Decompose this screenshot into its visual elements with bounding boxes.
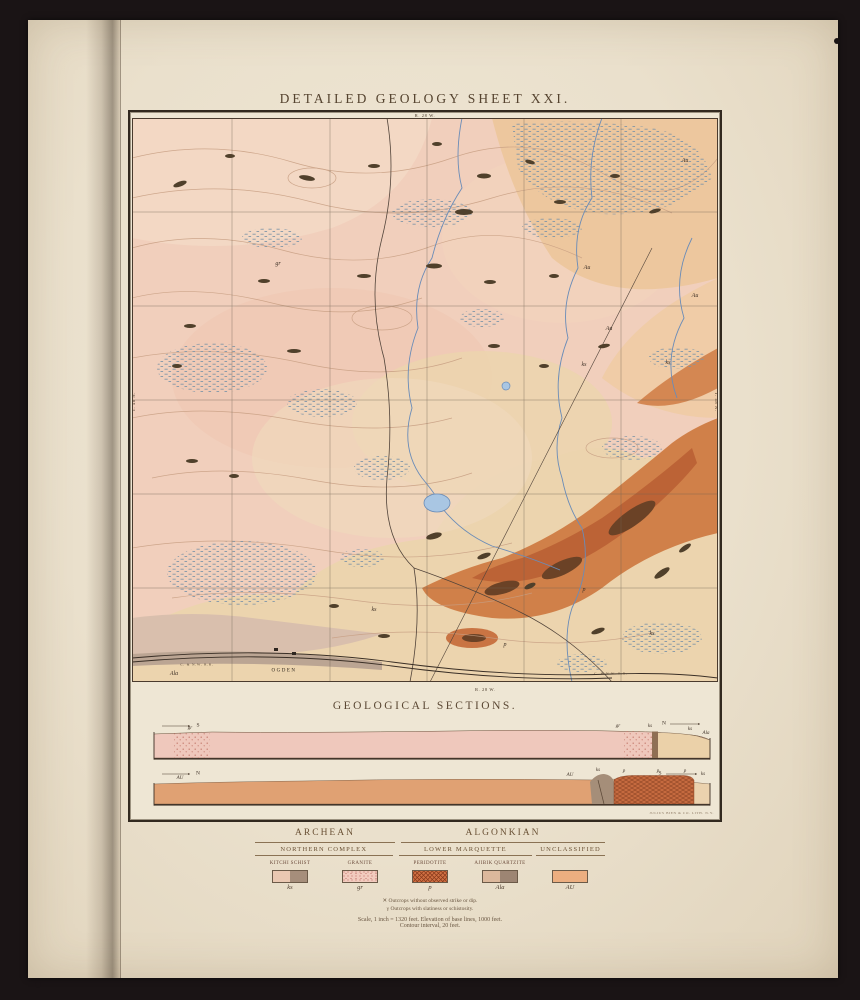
- geological-section-2: N AU AU ks p p p ks S: [152, 768, 712, 812]
- era-label: ARCHEAN: [291, 828, 359, 838]
- map-unit-label: ks: [650, 631, 655, 637]
- lithographer-credit: JULIUS BIEN & CO. LITH. N.Y.: [649, 811, 714, 815]
- unit-code: AU: [535, 884, 605, 891]
- era-archean: ARCHEAN: [255, 822, 395, 843]
- legend-unit-kitchi-schist: KITCHI SCHIST ks: [255, 861, 325, 891]
- railroad-label: C. & N.W. R.R.: [594, 672, 627, 676]
- atlas-page: DETAILED GEOLOGY SHEET XXI.: [28, 20, 838, 978]
- section-direction: S: [658, 771, 661, 777]
- legend-group-row: NORTHERN COMPLEX LOWER MARQUETTE UNCLASS…: [255, 843, 605, 856]
- legend-notes: ✕ Outcrops without observed strike or di…: [255, 897, 605, 929]
- unit-code: gr: [325, 884, 395, 891]
- map-unit-label: Au: [682, 158, 689, 164]
- section-unit-label: ks: [648, 724, 652, 729]
- kitchi-schist-swatch: [272, 870, 308, 883]
- section-unit-label: gr: [188, 726, 192, 731]
- sheet-title: DETAILED GEOLOGY SHEET XXI.: [130, 91, 720, 107]
- page-edge-line: [120, 20, 121, 978]
- peridotite-swatch: [412, 870, 448, 883]
- legend-units-row: KITCHI SCHIST ks GRANITE gr PERIDOTITE p…: [255, 861, 605, 891]
- map-unit-label: Au: [692, 293, 699, 299]
- unit-title: KITCHI SCHIST: [255, 861, 325, 868]
- range-label-bottom: R. 28 W.: [475, 688, 496, 693]
- outcrop-note-1: ✕ Outcrops without observed strike or di…: [255, 897, 605, 905]
- granite-swatch: [342, 870, 378, 883]
- map-unit-label: Au: [606, 326, 613, 332]
- group-northern-complex: NORTHERN COMPLEX: [255, 843, 393, 856]
- group-unclassified: UNCLASSIFIED: [536, 843, 605, 856]
- era-algonkian: ALGONKIAN: [401, 822, 605, 843]
- page-mark-dot: [834, 38, 840, 44]
- unit-title: PERIDOTITE: [395, 861, 465, 868]
- map-legend: ARCHEAN ALGONKIAN NORTHERN COMPLEX LOWER…: [255, 822, 605, 929]
- mine-label-ogden: OGDEN: [272, 669, 297, 674]
- range-label-top: R. 28 W.: [130, 114, 720, 119]
- geologic-map: gr Au Au Au Au ks ks ks ks p p Ala OGDEN…: [132, 118, 718, 682]
- legend-unit-peridotite: PERIDOTITE p: [395, 861, 465, 891]
- section-unit-label: AU: [567, 773, 574, 778]
- legend-unit-unclassified: AU: [535, 861, 605, 891]
- map-unit-label: ks: [666, 360, 671, 366]
- page-mark-dot: [35, 982, 41, 988]
- legend-unit-granite: GRANITE gr: [325, 861, 395, 891]
- legend-era-row: ARCHEAN ALGONKIAN: [255, 822, 605, 843]
- outcrop-note-2: γ Outcrops with slatiness or schistosity…: [255, 905, 605, 913]
- geological-section-1: S gr gr ks ks Ala N: [152, 718, 712, 764]
- map-unit-label: p: [504, 642, 507, 648]
- township-label-right: T. 48 N.: [714, 392, 719, 411]
- township-label-left: T. 48 N.: [132, 392, 137, 411]
- unit-title: AJIBIK QUARTZITE: [465, 861, 535, 868]
- section-1-graphic: [152, 718, 712, 764]
- scanned-atlas-page: { "page": { "title": "DETAILED GEOLOGY S…: [0, 0, 860, 1000]
- map-unit-label: Ala: [170, 671, 178, 677]
- unit-code: Ala: [465, 884, 535, 891]
- section-unit-label: p: [684, 769, 687, 774]
- section-direction: N: [662, 721, 666, 727]
- map-unit-label: ks: [582, 362, 587, 368]
- section-2-graphic: [152, 768, 712, 812]
- railroad-label: C. & N.W. R.R.: [180, 663, 213, 667]
- map-unit-label: p: [583, 587, 586, 593]
- section-unit-label: p: [623, 769, 626, 774]
- section-direction: S: [196, 723, 199, 729]
- map-plate-frame: gr Au Au Au Au ks ks ks ks p p Ala OGDEN…: [128, 110, 722, 822]
- legend-unit-ajibik-quartzite: AJIBIK QUARTZITE Ala: [465, 861, 535, 891]
- map-unit-label: Au: [584, 265, 591, 271]
- unit-code: ks: [255, 884, 325, 891]
- section-unit-label: ks: [701, 772, 705, 777]
- section-unit-label: ks: [596, 768, 600, 773]
- map-unit-label: ks: [372, 607, 377, 613]
- unit-title: [535, 861, 605, 868]
- unit-title: GRANITE: [325, 861, 395, 868]
- era-label: ALGONKIAN: [462, 828, 545, 838]
- section-direction: N: [196, 771, 200, 777]
- section-unit-label: gr: [616, 724, 620, 729]
- map-unit-label: gr: [275, 261, 280, 267]
- unclassified-swatch: [552, 870, 588, 883]
- unit-code: p: [395, 884, 465, 891]
- group-lower-marquette: LOWER MARQUETTE: [399, 843, 533, 856]
- contour-note: Contour interval, 20 feet.: [255, 923, 605, 929]
- map-labels-overlay: gr Au Au Au Au ks ks ks ks p p Ala OGDEN…: [132, 118, 718, 682]
- section-unit-label: ks: [688, 727, 692, 732]
- book-gutter-shadow: [86, 20, 120, 978]
- section-unit-label: Ala: [703, 731, 710, 736]
- sections-title: GEOLOGICAL SECTIONS.: [130, 700, 720, 712]
- section-unit-label: AU: [177, 776, 184, 781]
- ajibik-quartzite-swatch: [482, 870, 518, 883]
